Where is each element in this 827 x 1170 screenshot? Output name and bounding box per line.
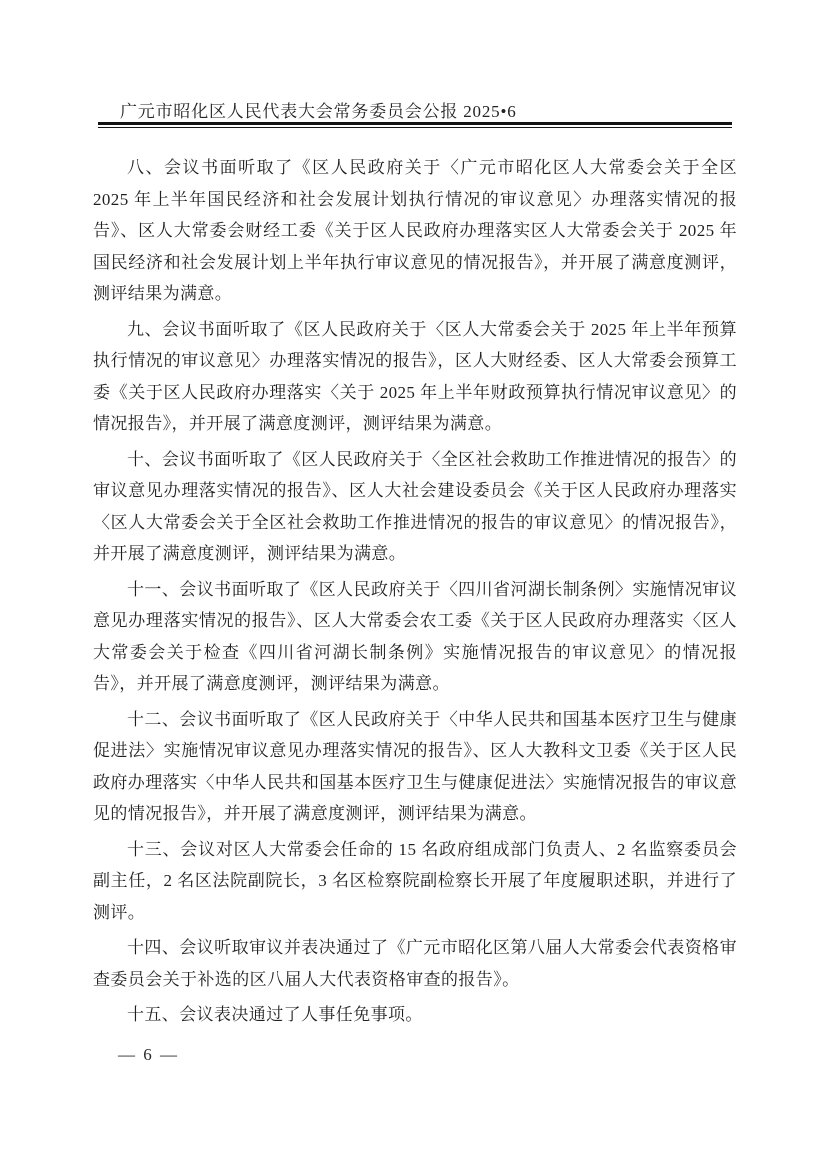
paragraph-item-11: 十一、会议书面听取了《区人民政府关于〈四川省河湖长制条例〉实施情况审议意见办理落… <box>93 574 737 700</box>
paragraph-item-15: 十五、会议表决通过了人事任免事项。 <box>93 999 737 1031</box>
document-body: 八、会议书面听取了《区人民政府关于〈广元市昭化区人大常委会关于全区 2025 年… <box>93 152 737 1035</box>
document-page: 广元市昭化区人民代表大会常务委员会公报 2025•6 八、会议书面听取了《区人民… <box>0 0 827 1170</box>
paragraph-item-13: 十三、会议对区人大常委会任命的 15 名政府组成部门负责人、2 名监察委员会副主… <box>93 834 737 929</box>
page-number: — 6 — <box>118 1045 179 1065</box>
paragraph-item-8: 八、会议书面听取了《区人民政府关于〈广元市昭化区人大常委会关于全区 2025 年… <box>93 152 737 310</box>
paragraph-item-9: 九、会议书面听取了《区人民政府关于〈区人大常委会关于 2025 年上半年预算执行… <box>93 314 737 440</box>
header-double-rule <box>98 122 732 128</box>
paragraph-item-10: 十、会议书面听取了《区人民政府关于〈全区社会救助工作推进情况的报告〉的审议意见办… <box>93 444 737 570</box>
bulletin-header-title: 广元市昭化区人民代表大会常务委员会公报 2025•6 <box>120 97 517 122</box>
paragraph-item-14: 十四、会议听取审议并表决通过了《广元市昭化区第八届人大常委会代表资格审查委员会关… <box>93 932 737 995</box>
paragraph-item-12: 十二、会议书面听取了《区人民政府关于〈中华人民共和国基本医疗卫生与健康促进法〉实… <box>93 704 737 830</box>
